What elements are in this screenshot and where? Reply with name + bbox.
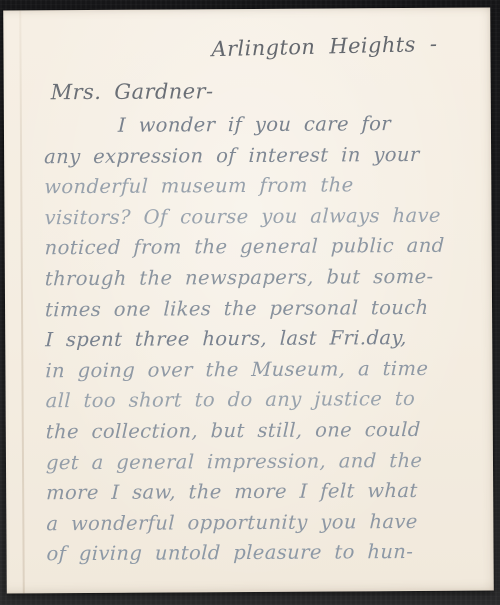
letter-body: I wonder if you care for any expression … (44, 109, 475, 571)
scan-background: Arlington Heights - Mrs. Gardner- I wond… (0, 0, 500, 605)
handwritten-line: get a general impression, and the (46, 445, 475, 478)
handwritten-line: I wonder if you care for (43, 109, 472, 142)
handwritten-line: I spent three hours, last Fri.day, (45, 323, 474, 356)
handwritten-line: visitors? Of course you always have (44, 200, 473, 233)
handwritten-line: times one likes the personal touch (45, 292, 474, 325)
handwritten-line: wonderful museum from the (44, 170, 473, 203)
paper-fold-line (19, 10, 25, 593)
handwritten-line: any expression of interest in your (44, 139, 473, 172)
handwritten-line: in going over the Museum, a time (45, 353, 474, 386)
letter-dateline: Arlington Heights - (211, 32, 437, 61)
handwritten-line: more I saw, the more I felt what (46, 476, 475, 509)
handwritten-line: all too short to do any justice to (45, 384, 474, 417)
letter-page: Arlington Heights - Mrs. Gardner- I wond… (3, 8, 494, 594)
handwritten-line: the collection, but still, one could (45, 415, 474, 448)
handwritten-line: through the newspapers, but some- (44, 262, 473, 295)
handwritten-line: of giving untold pleasure to hun- (46, 537, 475, 570)
letter-salutation: Mrs. Gardner- (51, 79, 214, 104)
handwritten-line: a wonderful opportunity you have (46, 506, 475, 539)
handwritten-line: noticed from the general public and (44, 231, 473, 264)
